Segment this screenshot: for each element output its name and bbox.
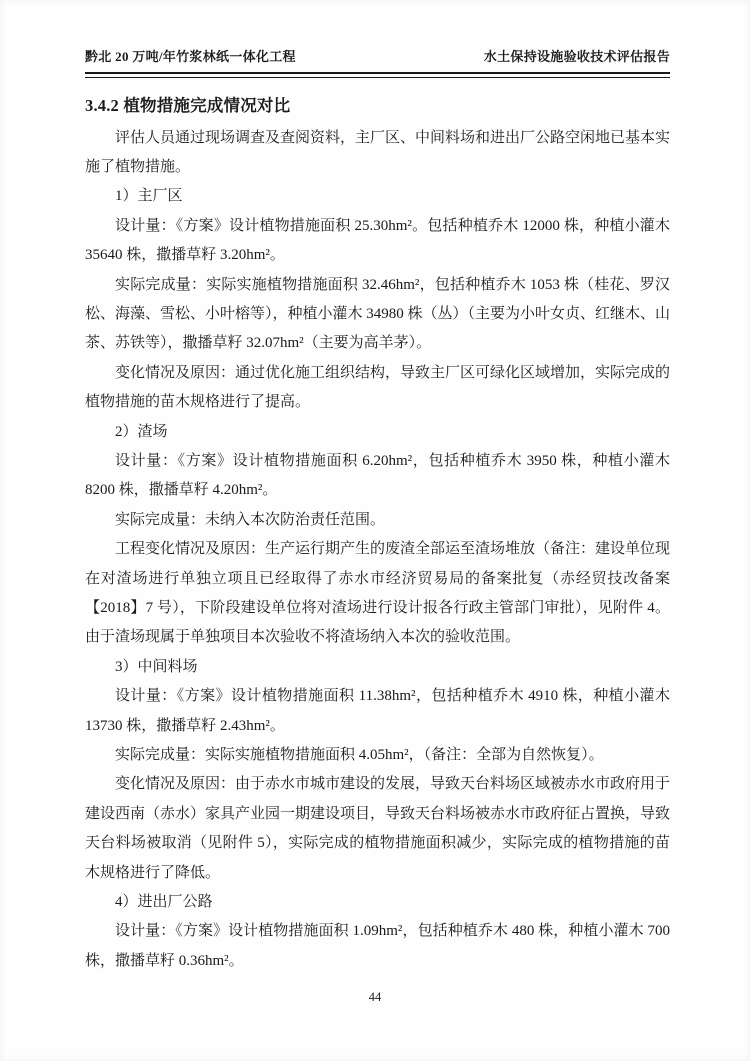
list-item-heading-slag-yard: 2）渣场: [85, 418, 670, 447]
header-right-title: 水土保持设施验收技术评估报告: [484, 46, 670, 65]
document-page: 黔北 20 万吨/年竹浆林纸一体化工程 水土保持设施验收技术评估报告 3.4.2…: [0, 0, 750, 1061]
list-item-heading-factory-road: 4）进出厂公路: [85, 888, 670, 917]
header-double-rule: [85, 72, 670, 78]
change-reason-paragraph: 变化情况及原因：通过优化施工组织结构，导致主厂区可绿化区域增加，实际完成的植物措…: [85, 359, 670, 418]
change-reason-paragraph: 变化情况及原因：由于赤水市城市建设的发展，导致天台料场区域被赤水市政府用于建设西…: [85, 770, 670, 888]
actual-completion-paragraph: 实际完成量：实际实施植物措施面积 4.05hm²，（备注：全部为自然恢复）。: [85, 741, 670, 770]
section-heading: 3.4.2 植物措施完成情况对比: [85, 92, 670, 116]
list-item-heading-main-plant-area: 1）主厂区: [85, 182, 670, 211]
design-quantity-paragraph: 设计量：《方案》设计植物措施面积 11.38hm²，包括种植乔木 4910 株，…: [85, 682, 670, 741]
running-header: 黔北 20 万吨/年竹浆林纸一体化工程 水土保持设施验收技术评估报告: [85, 46, 670, 72]
design-quantity-paragraph: 设计量：《方案》设计植物措施面积 6.20hm²，包括种植乔木 3950 株，种…: [85, 447, 670, 506]
actual-completion-paragraph: 实际完成量：未纳入本次防治责任范围。: [85, 506, 670, 535]
actual-completion-paragraph: 实际完成量：实际实施植物措施面积 32.46hm²，包括种植乔木 1053 株（…: [85, 271, 670, 359]
change-reason-paragraph: 工程变化情况及原因：生产运行期产生的废渣全部运至渣场堆放（备注：建设单位现在对渣…: [85, 535, 670, 653]
page-footer: 44: [0, 990, 750, 1005]
header-left-title: 黔北 20 万吨/年竹浆林纸一体化工程: [85, 46, 296, 65]
page-number: 44: [369, 990, 382, 1004]
design-quantity-paragraph: 设计量：《方案》设计植物措施面积 25.30hm²。包括种植乔木 12000 株…: [85, 212, 670, 271]
list-item-heading-intermediate-yard: 3）中间料场: [85, 653, 670, 682]
document-body: 3.4.2 植物措施完成情况对比 评估人员通过现场调查及查阅资料，主厂区、中间料…: [85, 92, 670, 977]
design-quantity-paragraph: 设计量：《方案》设计植物措施面积 1.09hm²，包括种植乔木 480 株，种植…: [85, 917, 670, 976]
intro-paragraph: 评估人员通过现场调查及查阅资料，主厂区、中间料场和进出厂公路空闲地已基本实施了植…: [85, 124, 670, 183]
